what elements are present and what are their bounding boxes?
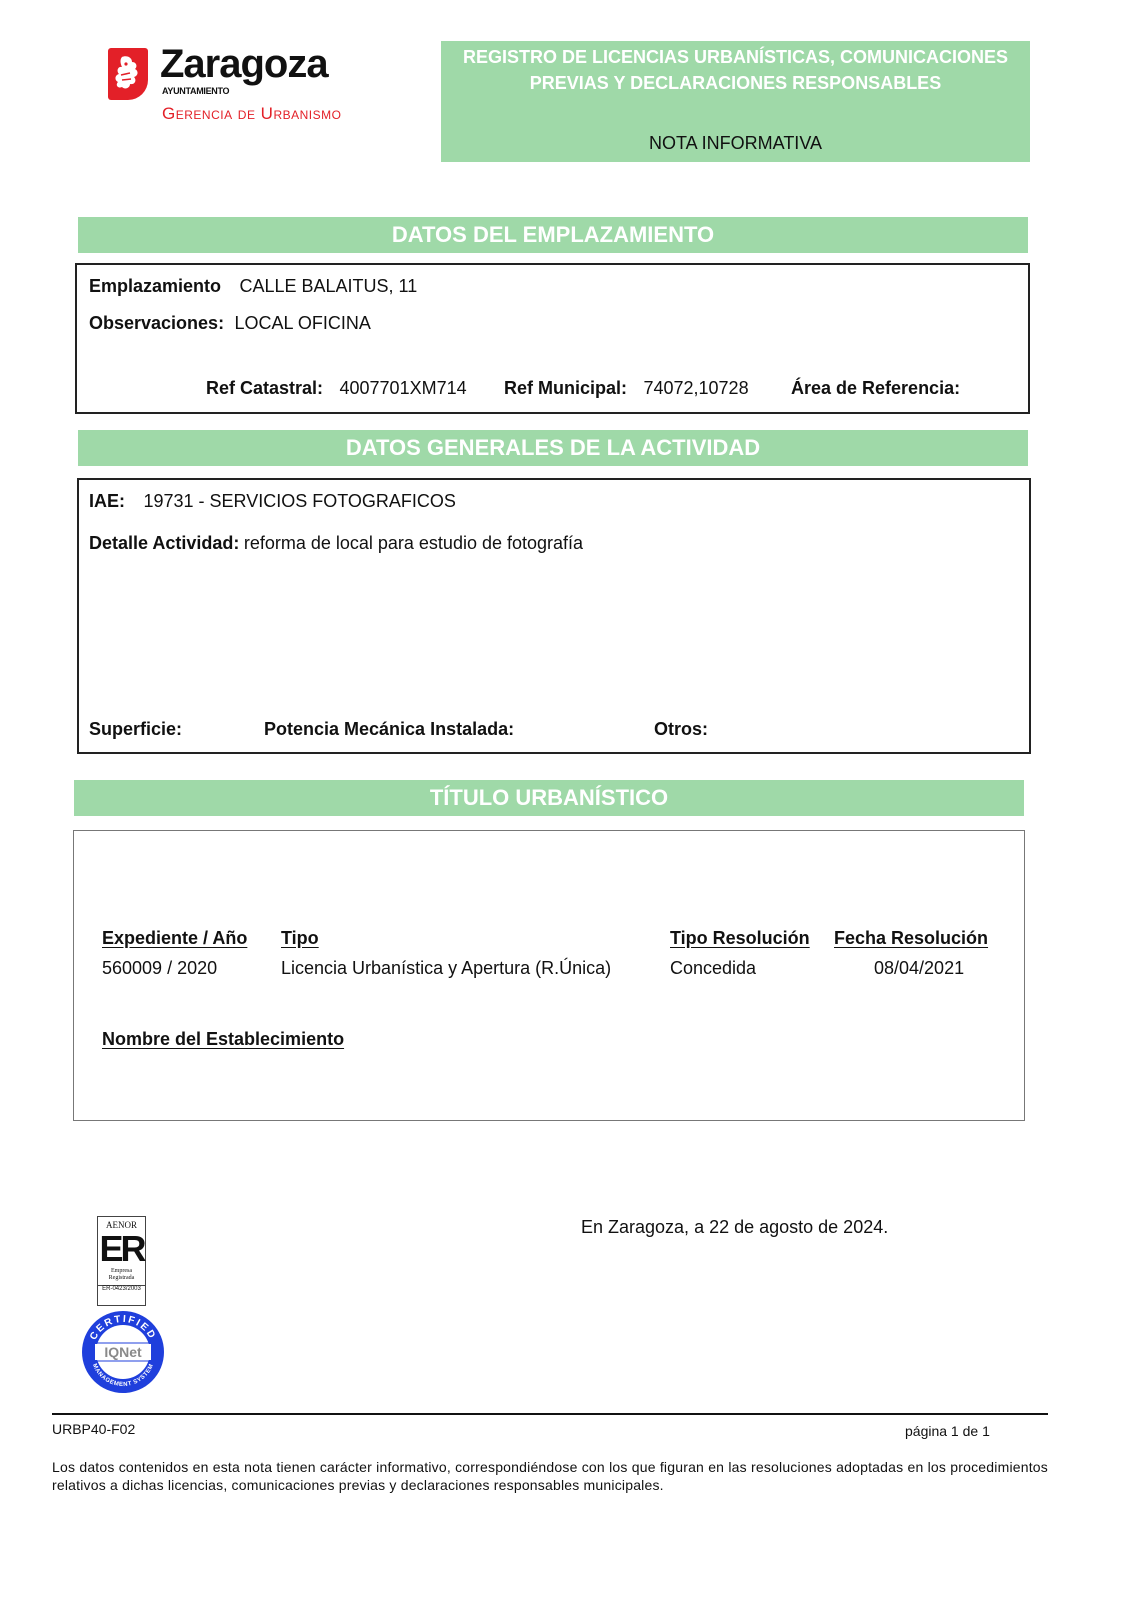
- emplazamiento-box: Emplazamiento CALLE BALAITUS, 11 Observa…: [75, 263, 1030, 414]
- detalle-actividad-value: reforma de local para estudio de fotogra…: [244, 533, 583, 553]
- section-emplazamiento-title: DATOS DEL EMPLAZAMIENTO: [78, 217, 1028, 253]
- registry-header: REGISTRO DE LICENCIAS URBANÍSTICAS, COMU…: [441, 41, 1030, 162]
- tipo-resolucion-value: Concedida: [670, 958, 756, 979]
- disclaimer: Los datos contenidos en esta nota tienen…: [52, 1458, 1048, 1494]
- iae-label: IAE:: [89, 491, 125, 511]
- ref-catastral-label: Ref Catastral:: [206, 378, 323, 398]
- zaragoza-logo: Zaragoza AYUNTAMIENTO Gerencia de Urbani…: [100, 42, 376, 134]
- aenor-code: ER-0423/2003: [98, 1285, 145, 1292]
- footer-divider: [52, 1413, 1048, 1415]
- form-code: URBP40-F02: [52, 1421, 135, 1437]
- emplazamiento-value: CALLE BALAITUS, 11: [239, 276, 417, 296]
- document-type: NOTA INFORMATIVA: [441, 133, 1030, 154]
- titulo-box: Expediente / Año Tipo Tipo Resolución Fe…: [73, 830, 1025, 1121]
- col-tipo: Tipo: [281, 928, 319, 949]
- ref-municipal-value: 74072,10728: [643, 378, 748, 398]
- logo-subtitle: AYUNTAMIENTO: [162, 86, 229, 96]
- detalle-actividad-label: Detalle Actividad:: [89, 533, 239, 553]
- actividad-box: IAE: 19731 - SERVICIOS FOTOGRAFICOS Deta…: [77, 478, 1031, 754]
- ref-catastral-value: 4007701XM714: [340, 378, 467, 398]
- svg-text:IQNet: IQNet: [104, 1344, 142, 1360]
- aenor-caption: Empresa Registrada: [98, 1268, 145, 1282]
- place-date: En Zaragoza, a 22 de agosto de 2024.: [581, 1217, 888, 1238]
- registry-title-line1: REGISTRO DE LICENCIAS URBANÍSTICAS, COMU…: [441, 44, 1030, 70]
- page-info: página 1 de 1: [905, 1423, 990, 1439]
- establecimiento-label: Nombre del Establecimiento: [102, 1029, 344, 1050]
- section-titulo-title: TÍTULO URBANÍSTICO: [74, 780, 1024, 816]
- area-referencia-label: Área de Referencia:: [791, 378, 960, 398]
- aenor-certification-logo: AENOR ER Empresa Registrada ER-0423/2003: [97, 1216, 146, 1306]
- col-fecha-resolucion: Fecha Resolución: [834, 928, 988, 949]
- observaciones-label: Observaciones:: [89, 313, 224, 333]
- tipo-value: Licencia Urbanística y Apertura (R.Única…: [281, 958, 611, 979]
- col-tipo-resolucion: Tipo Resolución: [670, 928, 810, 949]
- registry-title-line2: PREVIAS Y DECLARACIONES RESPONSABLES: [441, 70, 1030, 96]
- logo-department: Gerencia de Urbanismo: [162, 104, 341, 124]
- observaciones-value: LOCAL OFICINA: [235, 313, 371, 333]
- iqnet-certified-icon: CERTIFIED MANAGEMENT SYSTEM IQNet: [81, 1310, 165, 1394]
- fecha-resolucion-value: 08/04/2021: [874, 958, 964, 979]
- ref-municipal-label: Ref Municipal:: [504, 378, 627, 398]
- superficie-label: Superficie:: [89, 719, 182, 740]
- registry-title: REGISTRO DE LICENCIAS URBANÍSTICAS, COMU…: [441, 44, 1030, 96]
- iae-value: 19731 - SERVICIOS FOTOGRAFICOS: [143, 491, 455, 511]
- emplazamiento-label: Emplazamiento: [89, 276, 221, 296]
- aenor-er-icon: ER: [98, 1230, 145, 1268]
- otros-label: Otros:: [654, 719, 708, 740]
- expediente-value: 560009 / 2020: [102, 958, 217, 979]
- section-actividad-title: DATOS GENERALES DE LA ACTIVIDAD: [78, 430, 1028, 466]
- potencia-label: Potencia Mecánica Instalada:: [264, 719, 514, 740]
- lion-shield-icon: [108, 48, 148, 100]
- logo-brand: Zaragoza: [160, 42, 328, 87]
- col-expediente: Expediente / Año: [102, 928, 247, 949]
